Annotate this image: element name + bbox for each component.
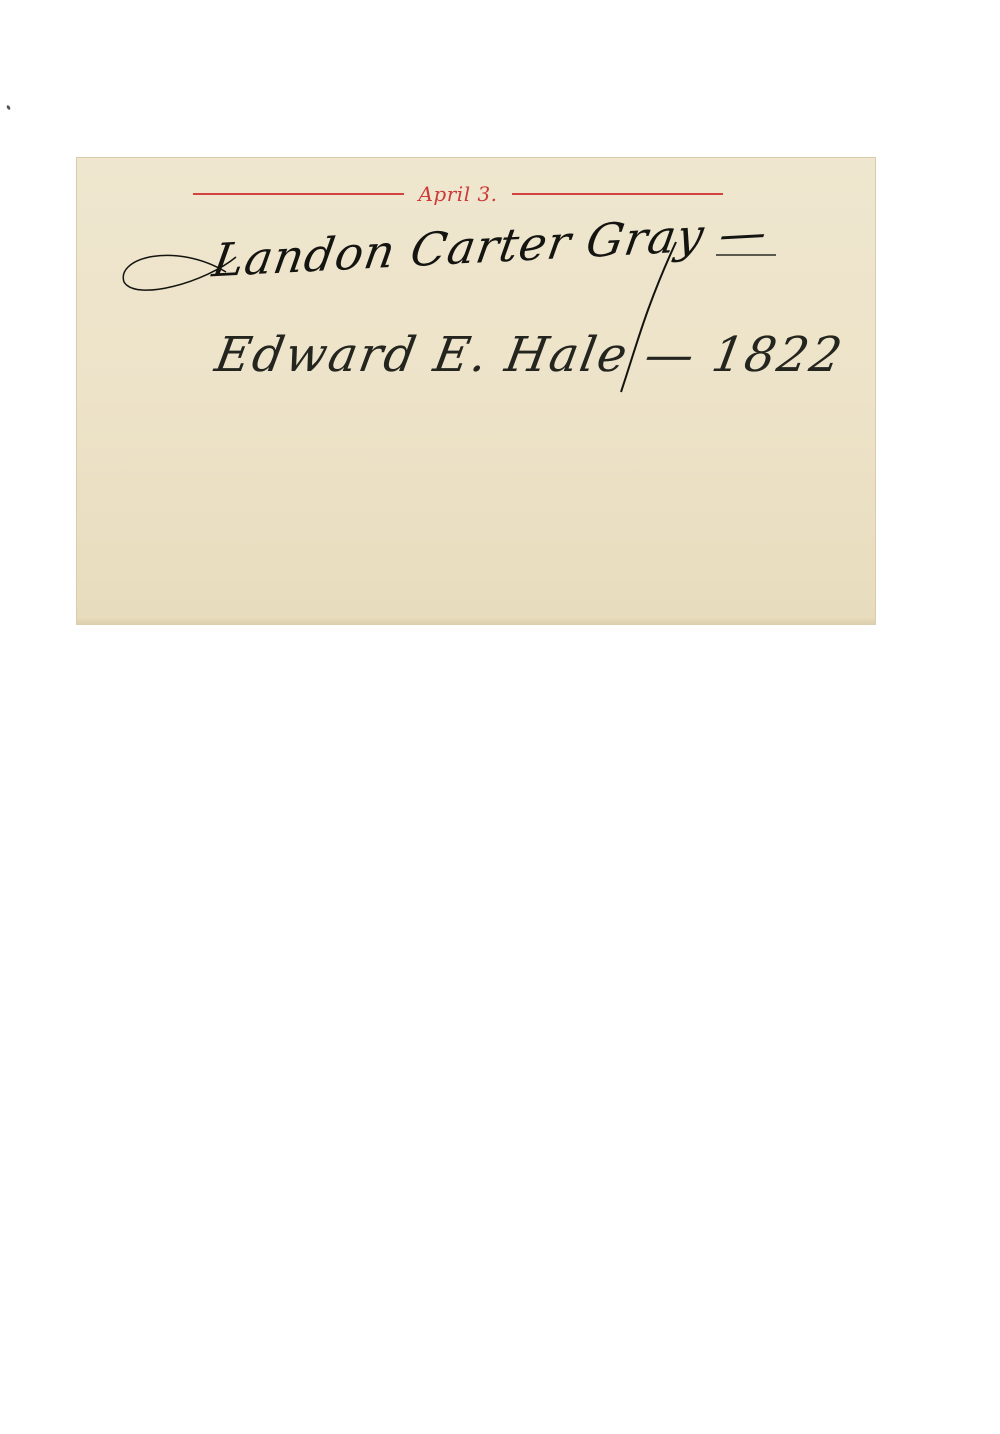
date-heading: April 3.	[418, 182, 497, 206]
autograph-card: April 3. Landon Carter Gray — Edward E. …	[76, 157, 876, 625]
right-red-rule	[512, 193, 723, 195]
left-red-rule	[193, 193, 404, 195]
date-header: April 3.	[193, 179, 723, 209]
signature-edward-e-hale: Edward E. Hale — 1822	[211, 327, 848, 383]
dust-speck	[6, 105, 11, 111]
signature-landon-carter-gray: Landon Carter Gray —	[209, 205, 772, 288]
